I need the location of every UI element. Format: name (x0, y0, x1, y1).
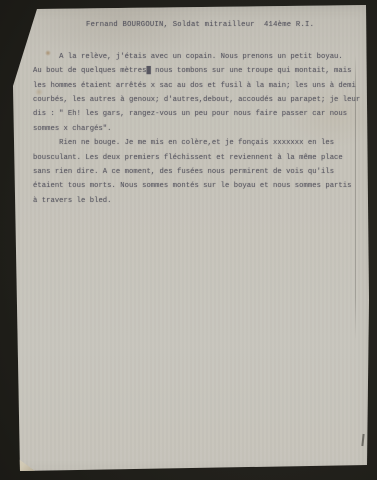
typewritten-line: Au bout de quelques mètres█ nous tombons… (33, 64, 369, 78)
typewritten-line: dis : " Eh! les gars, rangez-vous un peu… (33, 107, 369, 121)
typewritten-line: courbés, les autres à genoux; d'autres,d… (33, 93, 369, 107)
typewritten-line: les hommes étaient arrêtés x sac au dos … (33, 79, 369, 93)
document-body: A la relève, j'étais avec un copain. Nou… (33, 50, 369, 208)
typewritten-line: à travers le bled. (33, 194, 369, 208)
typewritten-line: sommes x chargés". (33, 122, 369, 136)
typewritten-line: sans rien dire. A ce moment, des fusées … (33, 165, 369, 179)
typewritten-line: Rien ne bouge. Je me mis en colère,et je… (33, 136, 369, 150)
typewritten-line: A la relève, j'étais avec un copain. Nou… (33, 50, 369, 64)
paper-crease (355, 55, 356, 340)
typewritten-line: étaient tous morts. Nous sommes montés s… (33, 179, 369, 193)
scan-background: Fernand BOURGOUIN, Soldat mitrailleur 41… (0, 0, 377, 480)
paper-sheet: Fernand BOURGOUIN, Soldat mitrailleur 41… (0, 0, 377, 480)
corner-fold (13, 452, 35, 471)
paper-edge-nick (361, 434, 364, 446)
document-header: Fernand BOURGOUIN, Soldat mitrailleur 41… (86, 21, 314, 29)
typewritten-line: bousculant. Les deux premiers fléchissen… (33, 151, 369, 165)
